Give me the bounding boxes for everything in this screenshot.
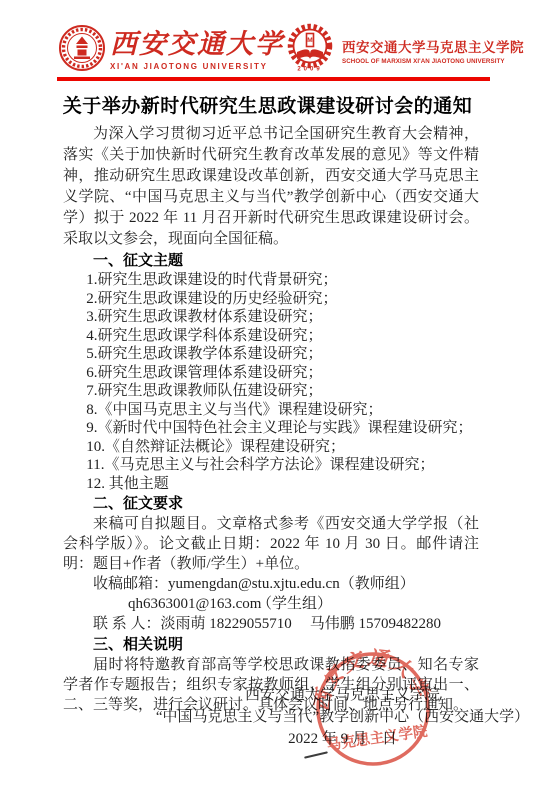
contact-label: 联 系 人： (93, 616, 161, 632)
topic-item: 1.研究生思政课建设的时代背景研究； (63, 271, 479, 290)
section-heading-requirements: 二、征文要求 (63, 493, 479, 514)
topic-item: 12. 其他主题 (63, 475, 479, 494)
email-label: 收稿邮箱： (93, 576, 168, 592)
topic-item: 4.研究生思政课学科体系建设研究； (63, 327, 479, 346)
student-email: qh6363001@163.com (128, 594, 257, 614)
requirements-paragraph: 来稿可自拟题目。文章格式参考《西安交通大学学报（社会科学版）》。论文截止日期：2… (63, 514, 479, 574)
pen-mark-icon (304, 751, 328, 758)
svg-text:M: M (307, 37, 312, 44)
section-heading-topics: 一、征文主题 (63, 250, 479, 271)
topic-item: 5.研究生思政课教学体系建设研究； (63, 345, 479, 364)
contact-line: 联 系 人：淡雨萌 18229055710马伟鹏 15709482280 (63, 614, 479, 634)
school-name-english: SCHOOL OF MARXISM XI'AN JIAOTONG UNIVERS… (342, 58, 524, 65)
topic-item: 7.研究生思政课教师队伍建设研究； (63, 382, 479, 401)
signature-block: 西安交通大学马克思主义学院 “中国马克思主义与当代”教学创新中心（西安交通大学）… (150, 684, 535, 750)
teacher-email: yumengdan@stu.xjtu.edu.cn (168, 576, 340, 592)
section-heading-notes: 三、相关说明 (63, 634, 479, 655)
contact1-phone: 18229055710 (209, 616, 292, 632)
teacher-email-note: （教师组） (340, 576, 415, 592)
topic-item: 2.研究生思政课建设的历史经验研究； (63, 290, 479, 309)
topic-item: 9.《新时代中国特色社会主义理论与实践》课程建设研究； (63, 419, 479, 438)
red-divider-line (57, 77, 490, 81)
university-name-english: XI'AN JIAOTONG UNIVERSITY (110, 62, 284, 71)
notice-document-page: 西安交通大学 XI'AN JIAOTONG UNIVERSITY M 2009 … (0, 0, 535, 789)
contact1-name: 淡雨萌 (161, 616, 206, 632)
section-requirements: 二、征文要求 来稿可自拟题目。文章格式参考《西安交通大学学报（社会科学版）》。论… (63, 493, 479, 715)
topic-list: 1.研究生思政课建设的时代背景研究； 2.研究生思政课建设的历史经验研究； 3.… (63, 271, 479, 493)
contact2-name: 马伟鹏 (310, 616, 355, 632)
topic-item: 10.《自然辩证法概论》课程建设研究； (63, 438, 479, 457)
intro-paragraph: 为深入学习贯彻习近平总书记全国研究生教育大会精神，落实《关于加快新时代研究生教育… (63, 124, 479, 250)
page-title: 关于举办新时代研究生思政课建设研讨会的通知 (0, 91, 535, 118)
emblem-year: 2009 (297, 67, 322, 73)
marxism-school-gear-emblem-icon: M 2009 (284, 22, 336, 79)
signature-date: 2022 年 9 月 日 (150, 728, 535, 750)
signature-org-1: 西安交通大学马克思主义学院 (150, 684, 535, 706)
school-logo: M 2009 西安交通大学马克思主义学院 SCHOOL OF MARXISM X… (284, 22, 524, 79)
topic-item: 8.《中国马克思主义与当代》课程建设研究； (63, 401, 479, 420)
xjtu-round-seal-icon (58, 24, 106, 77)
email-line-teacher: 收稿邮箱：yumengdan@stu.xjtu.edu.cn（教师组） (63, 574, 479, 594)
university-logo: 西安交通大学 XI'AN JIAOTONG UNIVERSITY (58, 24, 284, 77)
contact2-phone: 15709482280 (359, 616, 442, 632)
signature-org-2: “中国马克思主义与当代”教学创新中心（西安交通大学） (150, 706, 535, 728)
letterhead: 西安交通大学 XI'AN JIAOTONG UNIVERSITY M 2009 … (58, 22, 492, 79)
topic-item: 11.《马克思主义与社会科学方法论》课程建设研究； (63, 456, 479, 475)
school-name-chinese: 西安交通大学马克思主义学院 (342, 36, 524, 56)
topic-item: 6.研究生思政课管理体系建设研究； (63, 364, 479, 383)
university-name-calligraphy: 西安交通大学 (110, 30, 284, 60)
topic-item: 3.研究生思政课教材体系建设研究； (63, 308, 479, 327)
email-line-student: qh6363001@163.com（学生组） (63, 594, 479, 614)
student-email-note: （学生组） (257, 596, 332, 612)
document-body: 为深入学习贯彻习近平总书记全国研究生教育大会精神，落实《关于加快新时代研究生教育… (63, 124, 479, 715)
